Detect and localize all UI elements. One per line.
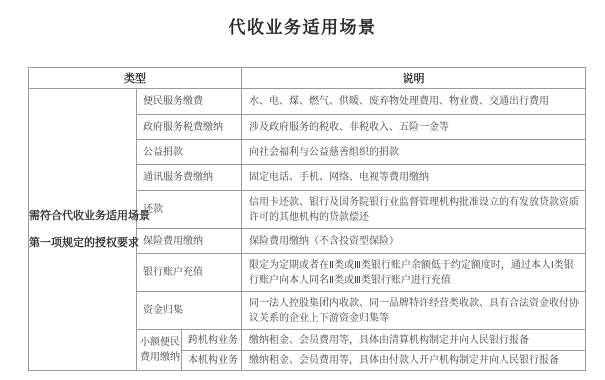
- description-cell: 向社会福利与公益慈善组织的捐款: [242, 140, 586, 165]
- description-cell: 缴纳租金、会员费用等，具体由清算机构制定并向人民银行报备: [242, 330, 586, 351]
- description-cell: 信用卡还款、银行及国务院银行业监督管理机构批准设立的有发放贷款资质许可的其他机构…: [242, 191, 586, 229]
- authorization-requirement-line2: 第一项规定的授权要求: [29, 230, 136, 257]
- description-cell: 缴纳租金、会员费用等，具体由付款人开户机构制定并向人民银行报备: [242, 351, 586, 371]
- col-header-description: 说明: [242, 68, 586, 89]
- page: 代收业务适用场景 类型 说明 需符合代收业务适用场景 第一项规定的授权要求 便民…: [0, 0, 605, 380]
- type-cell: 公益捐款: [137, 140, 242, 165]
- description-cell: 保险费用缴纳（不含投资型保险）: [242, 229, 586, 254]
- sub-type-cell: 本机构业务: [182, 351, 242, 371]
- type-cell: 政府服务税费缴纳: [137, 115, 242, 140]
- type-cell: 保险费用缴纳: [137, 229, 242, 254]
- type-cell: 银行账户充值: [137, 254, 242, 292]
- authorization-requirement-line1: 需符合代收业务适用场景: [29, 203, 136, 230]
- type-cell: 便民服务缴费: [137, 89, 242, 115]
- header-row: 类型 说明: [29, 68, 586, 89]
- page-title: 代收业务适用场景: [0, 13, 605, 38]
- description-cell: 涉及政府服务的税收、非税收入、五险一金等: [242, 115, 586, 140]
- type-cell: 还款: [137, 191, 242, 229]
- type-cell: 通讯服务费缴纳: [137, 165, 242, 191]
- small-fee-group-cell: 小额便民费用缴纳: [137, 330, 182, 371]
- description-cell: 水、电、煤、燃气、供暖、废弃物处理费用、物业费、交通出行费用: [242, 89, 586, 115]
- type-cell: 资金归集: [137, 292, 242, 330]
- description-cell: 固定电话、手机、网络、电视等费用缴纳: [242, 165, 586, 191]
- description-cell: 同一法人控股集团内收款、同一品牌特许经营类收款、具有合法资金收付协议关系的企业上…: [242, 292, 586, 330]
- collection-scenarios-table: 类型 说明 需符合代收业务适用场景 第一项规定的授权要求 便民服务缴费 水、电、…: [28, 67, 586, 371]
- col-header-type: 类型: [29, 68, 242, 89]
- sub-type-cell: 跨机构业务: [182, 330, 242, 351]
- authorization-requirement-cell: 需符合代收业务适用场景 第一项规定的授权要求: [29, 89, 137, 371]
- description-cell: 限定为定期或者在Ⅱ类或Ⅲ类银行账户余额低于约定额度时，通过本人Ⅰ类银行账户向本人…: [242, 254, 586, 292]
- table-row: 需符合代收业务适用场景 第一项规定的授权要求 便民服务缴费 水、电、煤、燃气、供…: [29, 89, 586, 115]
